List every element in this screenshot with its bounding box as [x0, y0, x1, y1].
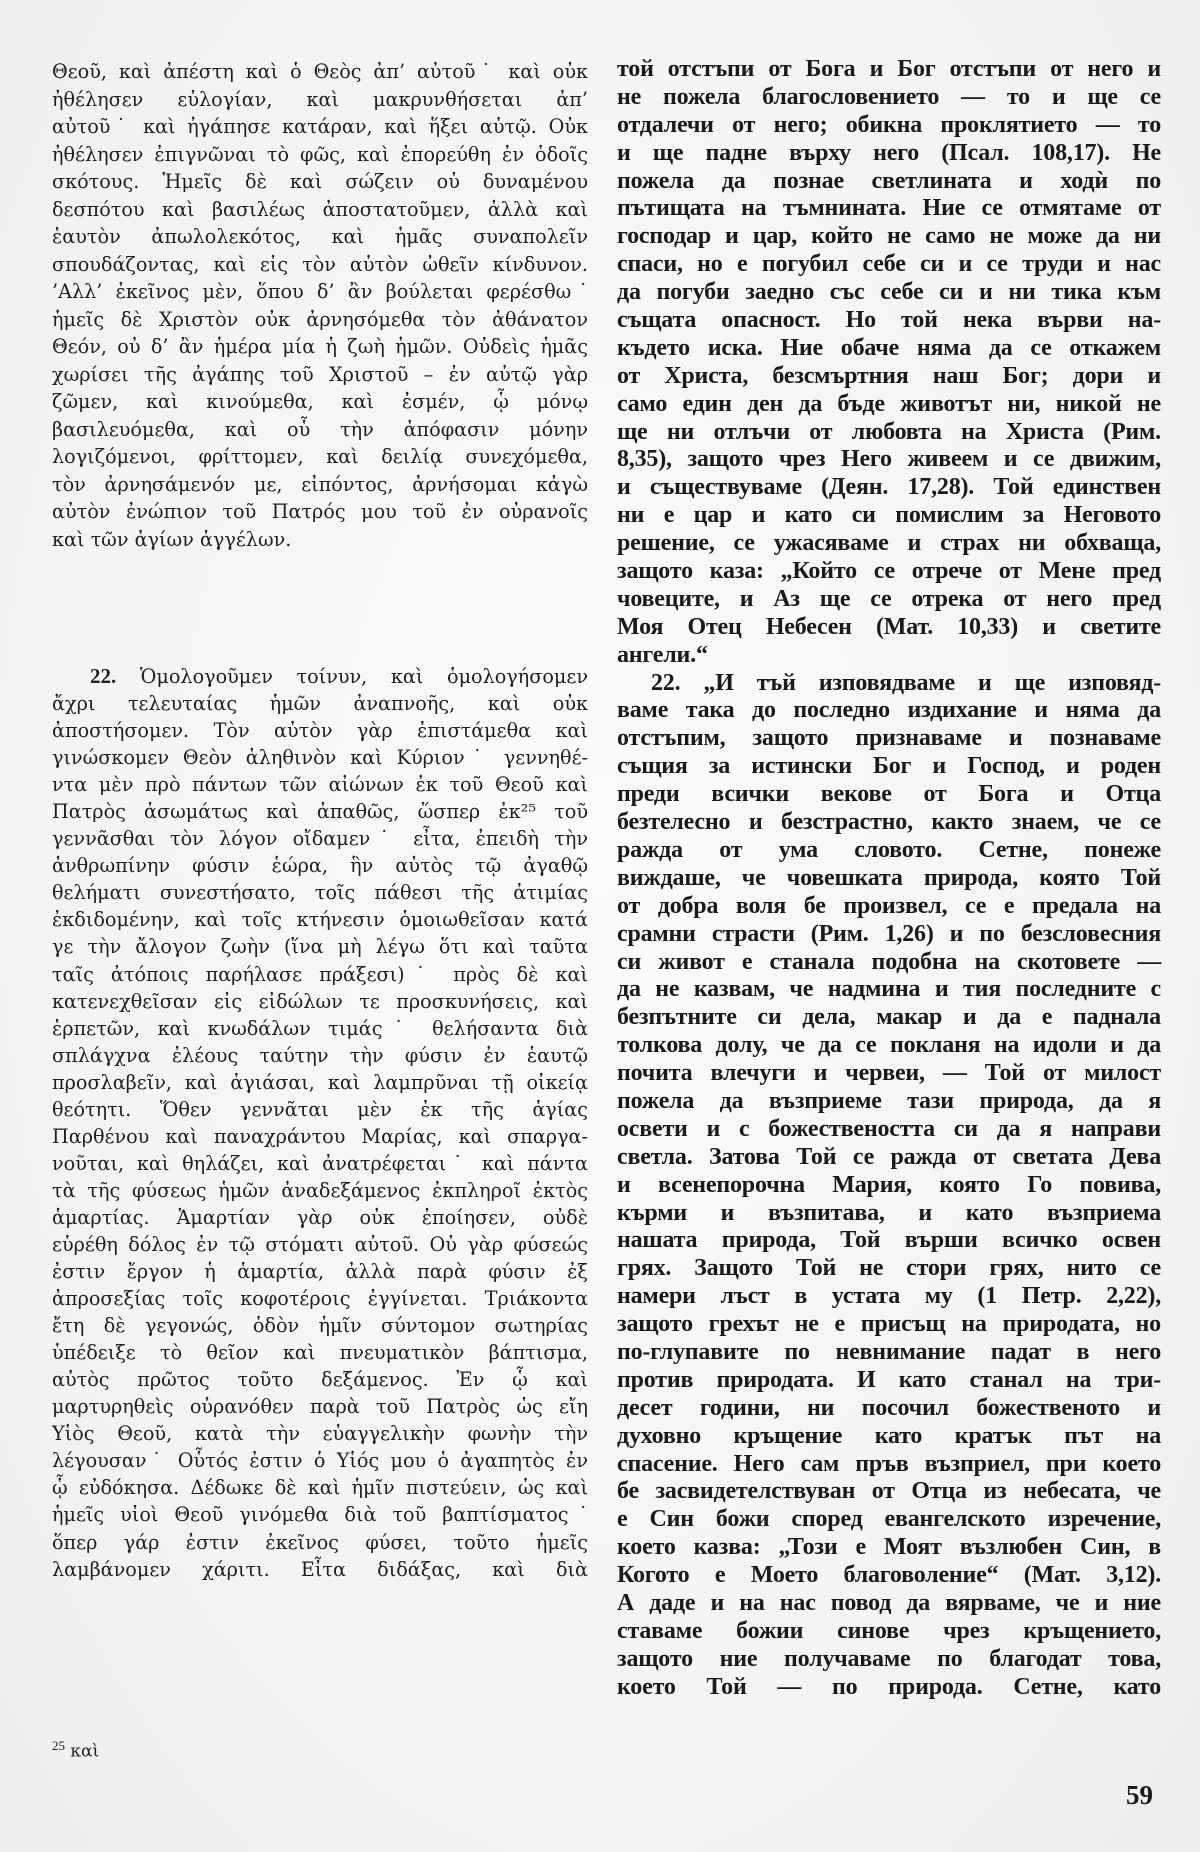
- footnote-marker: 25: [52, 1738, 65, 1753]
- text-line: λογιζόμενοι, φρίττομεν, καὶ δειλίᾳ συνεχ…: [52, 443, 588, 471]
- text-line: αὐτὸν ἐνώπιον τοῦ Πατρός μου τοῦ ἐν οὐρα…: [52, 498, 588, 526]
- text-line: господар и цар, който не само не може да…: [617, 223, 1161, 251]
- text-line: ἐστιν ἔργον ἡ ἁμαρτία, ἀλλὰ παρὰ φύσιν ἐ…: [52, 1258, 588, 1285]
- text-line: σκότους. Ἡμεῖς δὲ καὶ σώζειν οὐ δυναμένο…: [52, 168, 588, 196]
- text-line: да погуби заедно със себе си и ни тика к…: [617, 279, 1161, 307]
- text-line: ὑπέδειξε τὸ θεῖον καὶ πνευματικὸν βάπτισ…: [52, 1339, 588, 1366]
- text-line: защото грехът не е присъщ на природата, …: [617, 1311, 1161, 1339]
- text-line: само един ден да бъде животът ни, никой …: [617, 391, 1161, 419]
- text-line: безпътните си дела, макар и да е паднала: [617, 1004, 1161, 1032]
- text-line: 8,35), защото чрез Него живеем и се движ…: [617, 446, 1161, 474]
- text-line: ἀπροσεξίας τοῖς κοφοτέροις ἐγγίνεται. Τρ…: [52, 1285, 588, 1312]
- text-line: εὑρέθη δόλος ἐν τῷ στόματι αὐτοῦ. Οὐ γὰρ…: [52, 1231, 588, 1258]
- text-line: защото ние получаваме по благодат това,: [617, 1646, 1161, 1674]
- text-line: почита влечуги и червеи, — Той от милост: [617, 1060, 1161, 1088]
- text-line: и ще падне върху него (Псал. 108,17). Не: [617, 140, 1161, 168]
- text-line: ражда от ума словото. Сетне, понеже: [617, 837, 1161, 865]
- text-line: ἔτη δὲ γεγονώς, ὁδὸν ἡμῖν σύντομον σωτηρ…: [52, 1312, 588, 1339]
- text-line: γεννᾶσθαι τὸν λόγον οἴδαμεν˙ εἶτα, ἐπειδ…: [52, 825, 588, 852]
- text-line: и всенепорочна Мария, която Го повива,: [617, 1172, 1161, 1200]
- text-line: пожела да познае светлината и ходѝ по: [617, 168, 1161, 196]
- text-line: пожела да възприеме тази природа, да я: [617, 1088, 1161, 1116]
- text-line: защото каза: „Който се отрече от Мене пр…: [617, 558, 1161, 586]
- text-line: не пожела благословението — то и ще се: [617, 84, 1161, 112]
- text-line: ставаме божии синове чрез кръщението,: [617, 1618, 1161, 1646]
- text-line: против природата. И като станал на три-: [617, 1367, 1161, 1395]
- text-line: καὶ τῶν ἁγίων ἀγγέλων.: [52, 526, 588, 554]
- text-line: духовно кръщение като кратък път на: [617, 1423, 1161, 1451]
- text-line: ὅπερ γάρ ἐστιν ἐκεῖνος φύσει, τοῦτο ἡμεῖ…: [52, 1529, 588, 1556]
- text-line: което казва: „Този е Моят възлюбен Син, …: [617, 1534, 1161, 1562]
- text-line: προσλαβεῖν, καὶ ἁγιάσαι, καὶ λαμπρῦναι τ…: [52, 1069, 588, 1096]
- text-line: σπουδάζοντας, καὶ εἰς τὸν αὐτὸν ὠθεῖν κί…: [52, 251, 588, 279]
- text-line: ни е цар и като си помислим за Неговото: [617, 502, 1161, 530]
- text-line: толкова долу, че да се покланя на идоли …: [617, 1032, 1161, 1060]
- text-line: γινώσκομεν Θεὸν ἀληθινὸν καὶ Κύριον˙ γεν…: [52, 744, 588, 771]
- text-line: спаси, но е погубил себе си и се труди и…: [617, 251, 1161, 279]
- bulgarian-line-text: „И тъй изповядваме и ще изповяд-: [703, 670, 1161, 696]
- scanned-page: Θεοῦ, καὶ ἀπέστη καὶ ὁ Θεὸς ἀπ’ αὐτοῦ˙ κ…: [0, 0, 1200, 1852]
- text-line: τὰ τῆς φύσεως ἡμῶν ἀναδεξάμενος ἐκπληροῖ…: [52, 1177, 588, 1204]
- text-line: ἀποστήσομεν. Τὸν αὐτὸν γὰρ ἐπιστάμεθα κα…: [52, 717, 588, 744]
- text-line: κατενεχθεῖσαν εἰς εἰδώλων τε προσκυνήσει…: [52, 988, 588, 1015]
- greek-paragraph-22: ἄχρι τελευταίας ἡμῶν ἀναπνοῆς, καὶ οὐκἀπ…: [52, 690, 588, 1583]
- text-line: отстъпим, защото признаваме и познаваме: [617, 725, 1161, 753]
- text-line: той отстъпи от Бога и Бог отстъпи от нег…: [617, 56, 1161, 84]
- text-line: θεότητι. Ὅθεν γεννᾶται μὲν ἐκ τῆς ἁγίας: [52, 1096, 588, 1123]
- text-line: θελήματι συνεστήσατο, τοῖς πάθεσι τῆς ἀτ…: [52, 879, 588, 906]
- paragraph-number: 22.: [651, 670, 680, 696]
- text-line: безтелесно и безстрастно, както знаем, ч…: [617, 809, 1161, 837]
- text-line: ντα μὲν πρὸ πάντων τῶν αἰώνων ἐκ τοῦ Θεο…: [52, 771, 588, 798]
- text-line: си живот е станала подобна на скотовете …: [617, 949, 1161, 977]
- text-line: ’Αλλ’ ἐκεῖνος μὲν, ὅπου δ’ ἂν βούλεται φ…: [52, 278, 588, 306]
- text-line: от Христа, безсмъртния наш Бог; дори и: [617, 363, 1161, 391]
- text-line: ταῖς ἀτόποις παρήλασε πράξεσι)˙ πρὸς δὲ …: [52, 961, 588, 988]
- text-line: намери лъст в устата му (1 Петр. 2,22),: [617, 1283, 1161, 1311]
- text-line: τὸν ἀρνησάμενόν με, εἰπόντος, ἀρνήσομαι …: [52, 471, 588, 499]
- text-line: ἄχρι τελευταίας ἡμῶν ἀναπνοῆς, καὶ οὐκ: [52, 690, 588, 717]
- text-line: αὐτοῦ˙ καὶ ἠγάπησε κατάραν, καὶ ἥξει αὐτ…: [52, 113, 588, 141]
- greek-paragraph-22-first-line: 22. Ὁμολογοῦμεν τοίνυν, καὶ ὁμολογήσομεν: [52, 663, 588, 690]
- greek-text-column-paragraph-22: 22. Ὁμολογοῦμεν τοίνυν, καὶ ὁμολογήσομεν…: [52, 663, 588, 1583]
- text-line: ваме така до последно издихание и няма д…: [617, 697, 1161, 725]
- text-line: по-глупавите по невнимание падат в него: [617, 1339, 1161, 1367]
- text-line: Моя Отец Небесен (Мат. 10,33) и светите: [617, 614, 1161, 642]
- text-line: ᾧ εὐδόκησα. Δέδωκε δὲ καὶ ἡμῖν πιστεύειν…: [52, 1474, 588, 1501]
- bulgarian-text-column: той отстъпи от Бога и Бог отстъпи от нег…: [617, 56, 1161, 1702]
- text-line: Υἱὸς Θεοῦ, κατὰ τὴν εὐαγγελικὴν φωνὴν τὴ…: [52, 1420, 588, 1447]
- text-line: освети и с божествеността си да я направ…: [617, 1116, 1161, 1144]
- text-line: кърми и възпитава, и като възприема: [617, 1200, 1161, 1228]
- bulgarian-paragraph-22: ваме така до последно издихание и няма д…: [617, 697, 1161, 1701]
- text-line: λαμβάνομεν χάριτι. Εἶτα διδάξας, καὶ διὰ: [52, 1556, 588, 1583]
- text-line: спасение. Него сам пръв възприел, при ко…: [617, 1451, 1161, 1479]
- bulgarian-paragraph-22-first-line: 22. „И тъй изповядваме и ще изповяд-: [617, 670, 1161, 698]
- text-line: χωρίσει τῆς ἀγάπης τοῦ Χριστοῦ – ἐν αὐτῷ…: [52, 361, 588, 389]
- paragraph-number: 22.: [90, 664, 116, 688]
- greek-line-text: Ὁμολογοῦμεν τοίνυν, καὶ ὁμολογήσομεν: [140, 665, 588, 688]
- text-line: Πατρὸς ἀσωμάτως καὶ ἀπαθῶς, ὥσπερ ἐκ²⁵ τ…: [52, 798, 588, 825]
- text-line: ἐκδιδομένην, καὶ τοῖς κτήνεσιν ὁμοιωθεῖσ…: [52, 906, 588, 933]
- greek-paragraph-21-end: Θεοῦ, καὶ ἀπέστη καὶ ὁ Θεὸς ἀπ’ αὐτοῦ˙ κ…: [52, 58, 588, 553]
- text-line: където иска. Ние обаче няма да се откаже…: [617, 335, 1161, 363]
- text-line: ἡμεῖς υἱοὶ Θεοῦ γινόμεθα διὰ τοῦ βαπτίσμ…: [52, 1501, 588, 1528]
- text-line: ἠθέλησεν ἐπιγνῶναι τὸ φῶς, καὶ ἐπορεύθη …: [52, 141, 588, 169]
- text-line: от добра воля бе произвел, се е предала …: [617, 893, 1161, 921]
- page-number: 59: [1126, 1780, 1153, 1811]
- text-line: виждаше, че човешката природа, която Той: [617, 865, 1161, 893]
- text-line: решение, се ужасяваме и страх ни обхваща…: [617, 530, 1161, 558]
- text-line: което Той — по природа. Сетне, като: [617, 1674, 1161, 1702]
- text-line: μαρτυρηθεὶς οὐρανόθεν παρὰ τοῦ Πατρὸς ὡς…: [52, 1393, 588, 1420]
- greek-text-column: Θεοῦ, καὶ ἀπέστη καὶ ὁ Θεὸς ἀπ’ αὐτοῦ˙ κ…: [52, 58, 588, 553]
- text-line: αὐτὸς πρῶτος τοῦτο δεξάμενος. Ἐν ᾧ καὶ: [52, 1366, 588, 1393]
- text-line: А даде и на нас повод да вярваме, че и н…: [617, 1590, 1161, 1618]
- text-line: пътищата на тъмнината. Ние се отмятаме о…: [617, 195, 1161, 223]
- footnote-text: καὶ: [70, 1742, 99, 1762]
- text-line: ἀνθρωπίνην φύσιν ἑώρα, ἣν αὐτὸς τῷ ἀγαθῷ: [52, 852, 588, 879]
- text-line: νοῦται, καὶ θηλάζει, καὶ ἀνατρέφεται˙ κα…: [52, 1150, 588, 1177]
- text-line: отдалечи от него; обикна проклятието — т…: [617, 112, 1161, 140]
- text-line: и съществуваме (Деян. 17,28). Той единст…: [617, 474, 1161, 502]
- text-line: Когото е Моето благоволение“ (Мат. 3,12)…: [617, 1562, 1161, 1590]
- text-line: ἁμαρτίας. Ἁμαρτίαν γὰρ οὐκ ἐποίησεν, οὐδ…: [52, 1204, 588, 1231]
- text-line: ζῶμεν, καὶ κινούμεθα, καὶ ἐσμέν, ᾧ μόνῳ: [52, 388, 588, 416]
- text-line: ἡμεῖς δὲ Χριστὸν οὐκ ἀρνησόμεθα τὸν ἀθάν…: [52, 306, 588, 334]
- bulgarian-paragraph-21-end: той отстъпи от Бога и Бог отстъпи от нег…: [617, 56, 1161, 670]
- text-line: нашата природа, Той върши всичко освен: [617, 1227, 1161, 1255]
- text-line: грях. Защото Той не стори грях, нито се: [617, 1255, 1161, 1283]
- text-line: ще ни отлъчи от любовта на Христа (Рим.: [617, 419, 1161, 447]
- text-line: бе засвидетелствуван от Отца из небесата…: [617, 1478, 1161, 1506]
- text-line: ангели.“: [617, 642, 1161, 670]
- text-line: λέγουσαν˙ Οὗτός ἐστιν ὁ Υἱός μου ὁ ἀγαπη…: [52, 1447, 588, 1474]
- text-line: Θεόν, οὐ δ’ ἂν ἡμέρα μία ἡ ζωὴ ἡμῶν. Οὐδ…: [52, 333, 588, 361]
- text-line: да не казвам, че надмина и тия последнит…: [617, 976, 1161, 1004]
- text-line: срамни страсти (Рим. 1,26) и по безслове…: [617, 921, 1161, 949]
- text-line: ἠθέλησεν εὐλογίαν, καὶ μακρυνθήσεται ἀπ’: [52, 86, 588, 114]
- text-line: ἑρπετῶν, καὶ κνωδάλων τιμάς˙ θελήσαντα δ…: [52, 1015, 588, 1042]
- text-line: същия за истински Бог и Господ, и роден: [617, 753, 1161, 781]
- text-line: βασιλευόμεθα, καὶ οὗ τὴν ἀπόφασιν μόνην: [52, 416, 588, 444]
- text-line: ἑαυτὸν ἀπωλολεκότος, καὶ ἡμᾶς συναπολεῖν: [52, 223, 588, 251]
- text-line: същата опасност. Но той нека върви на-: [617, 307, 1161, 335]
- text-line: Θεοῦ, καὶ ἀπέστη καὶ ὁ Θεὸς ἀπ’ αὐτοῦ˙ κ…: [52, 58, 588, 86]
- text-line: σπλάγχνα ἐλέους ταύτην τὴν φύσιν ἐν ἑαυτ…: [52, 1042, 588, 1069]
- text-line: преди всички векове от Бога и Отца: [617, 781, 1161, 809]
- text-line: е Син божи според евангелското изречение…: [617, 1506, 1161, 1534]
- text-line: δεσπότου καὶ βασιλέως ἀποστατοῦμεν, ἀλλὰ…: [52, 196, 588, 224]
- text-line: Παρθένου καὶ παναχράντου Μαρίας, καὶ σπα…: [52, 1123, 588, 1150]
- text-line: десет години, ни посочил божественото и: [617, 1395, 1161, 1423]
- footnote: 25 καὶ: [52, 1738, 99, 1762]
- text-line: човеците, и Аз ще се отрека от него пред: [617, 586, 1161, 614]
- text-line: γε τὴν ἄλογον ζωὴν (ἵνα μὴ λέγω ὅτι καὶ …: [52, 933, 588, 960]
- text-line: светла. Затова Той се ражда от светата Д…: [617, 1144, 1161, 1172]
